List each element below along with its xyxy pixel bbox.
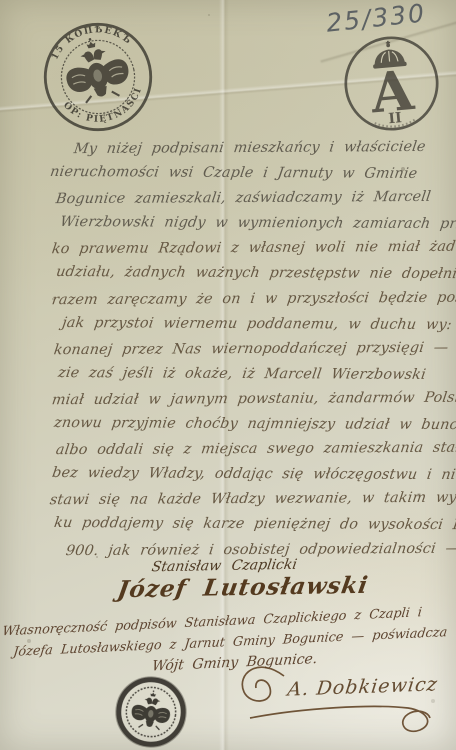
manuscript-line: ku poddajemy się karze pieniężnej do wys… <box>46 511 451 538</box>
manuscript-line: Wierzbowski nigdy w wymienionych zamiara… <box>46 210 451 237</box>
manuscript-line: nieruchomości wsi Czaple i Jarnuty w Gmi… <box>46 160 451 187</box>
manuscript-line: jak przystoi wiernemu poddanemu, w duchu… <box>46 311 451 338</box>
wojt-seal <box>108 669 195 750</box>
manuscript-line: bez wiedzy Władzy, oddając się włóczęgos… <box>46 461 451 488</box>
manuscript-text: My niżej podpisani mieszkańcy i właścici… <box>48 136 450 563</box>
monogram-numeral: II <box>388 110 403 127</box>
manuscript-line: albo oddali się z miejsca swego zamieszk… <box>46 436 452 464</box>
manuscript-line: zie zaś jeśli iż okaże, iż Marcell Wierz… <box>46 361 451 388</box>
signature-wojt-official: A. Dobkiewicz <box>232 660 452 750</box>
manuscript-line: udziału, żadnych ważnych przestępstw nie… <box>46 260 451 287</box>
manuscript-line: My niżej podpisani mieszkańcy i właścici… <box>46 135 452 163</box>
revenue-stamp: 15 КОПѢЕКЪ KOP: PIĘTNAŚCIE <box>30 9 165 144</box>
monogram-stamp: A II <box>335 27 449 141</box>
manuscript-line: konanej przez Nas wiernopoddańczej przys… <box>46 336 452 364</box>
double-headed-eagle-icon <box>130 688 173 731</box>
manuscript-line: znowu przyjmie choćby najmniejszy udział… <box>46 411 451 438</box>
manuscript-line: stawi się na każde Władzy wezwanie, w ta… <box>46 486 452 514</box>
manuscript-line: Bogunice zamieszkali, zaświadczamy iż Ma… <box>46 185 452 213</box>
manuscript-line: razem zaręczamy że on i w przyszłości bę… <box>46 285 452 313</box>
signature-lutoslawski: Józef Lutosławski <box>115 572 370 603</box>
ink-specks <box>0 0 2 2</box>
manuscript-line: ko prawemu Rządowi z własnej woli nie mi… <box>46 235 452 263</box>
manuscript-line: miał udział w jawnym powstaniu, żandarmó… <box>46 386 452 414</box>
scanned-document-page: 25/330 15 КОПѢЕКЪ KOP: PIĘTNAŚCIE <box>0 0 456 750</box>
